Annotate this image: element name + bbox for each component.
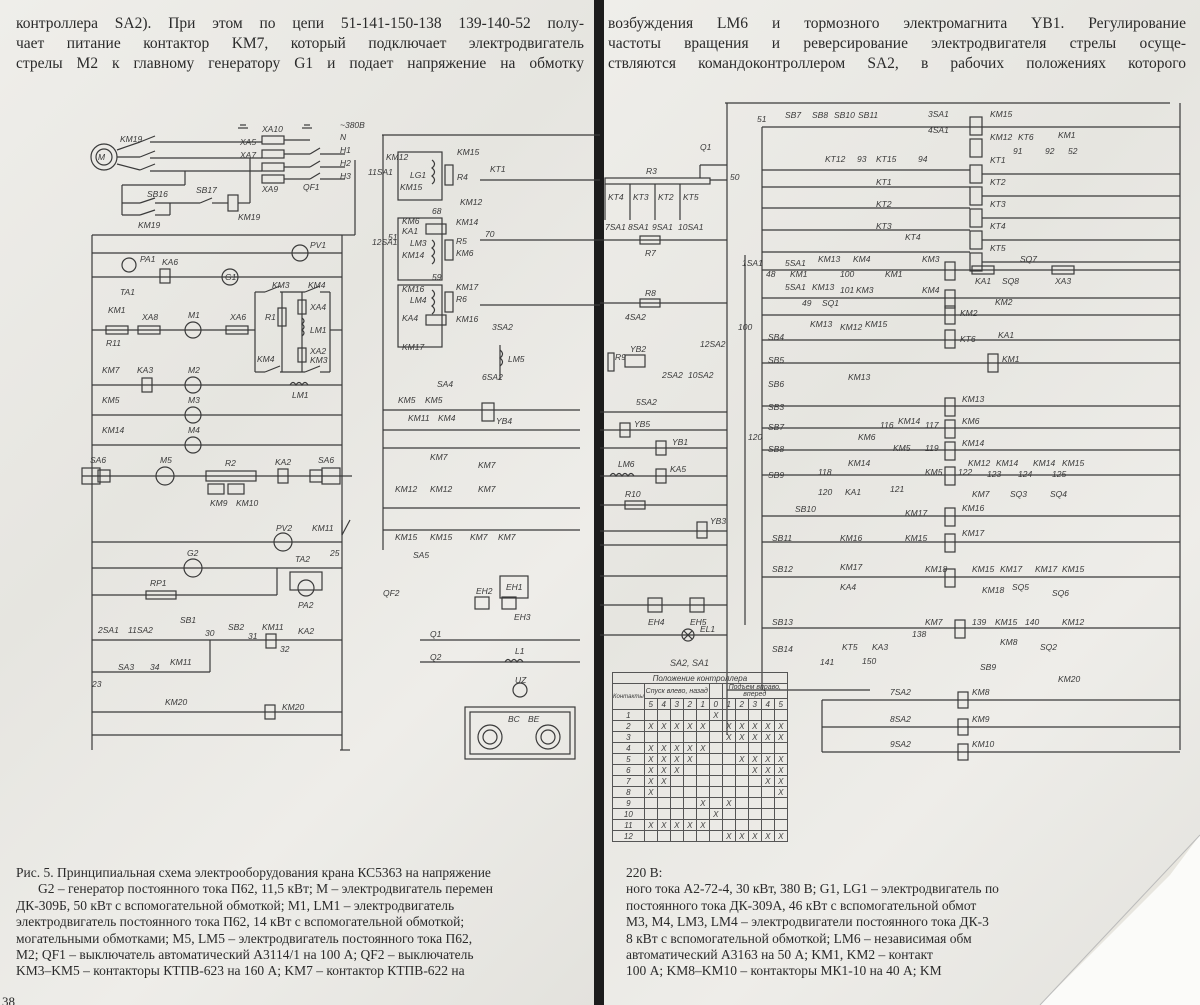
label-km1c: KM1 bbox=[790, 269, 808, 279]
label-kt5b: KT5 bbox=[842, 642, 858, 652]
label-km2b: KM2 bbox=[960, 308, 978, 318]
label-km4-r: KM4 bbox=[853, 254, 871, 264]
mark-cell bbox=[735, 743, 748, 754]
label-5sa1b: 5SA1 bbox=[785, 282, 806, 292]
label-sq3: SQ3 bbox=[1010, 489, 1027, 499]
table-row: 6XXXXXX bbox=[613, 765, 788, 776]
label-sb12: SB12 bbox=[772, 564, 793, 574]
mark-cell: X bbox=[683, 820, 696, 831]
label-kt5-coil: KT5 bbox=[990, 243, 1006, 253]
label-1sa1: 1SA1 bbox=[742, 258, 763, 268]
mark-cell bbox=[722, 820, 735, 831]
caption-line: Рис. 5. Принципиальная схема электрообор… bbox=[16, 865, 586, 881]
label-sb7b: SB7 bbox=[768, 422, 784, 432]
label-kt3-contact: KT3 bbox=[876, 221, 892, 231]
label-km13c: KM13 bbox=[810, 319, 832, 329]
label-7sa1: 7SA1 bbox=[605, 222, 626, 232]
label-92: 92 bbox=[1045, 146, 1055, 156]
label-ka3-r: KA3 bbox=[872, 642, 888, 652]
mark-cell: X bbox=[683, 743, 696, 754]
label-10sa1: 10SA1 bbox=[678, 222, 704, 232]
contact-number: 4 bbox=[613, 743, 645, 754]
mark-cell: X bbox=[735, 831, 748, 842]
label-sq4: SQ4 bbox=[1050, 489, 1067, 499]
label-kt2: KT2 bbox=[658, 192, 674, 202]
label-ka1c: KA1 bbox=[845, 487, 861, 497]
mark-cell bbox=[761, 809, 774, 820]
mark-cell: X bbox=[670, 820, 683, 831]
mark-cell bbox=[761, 710, 774, 721]
label-8sa1: 8SA1 bbox=[628, 222, 649, 232]
label-ka1-r: KA1 bbox=[975, 276, 991, 286]
mark-cell bbox=[670, 710, 683, 721]
label-km9-r: KM9 bbox=[972, 714, 990, 724]
label-sb6: SB6 bbox=[768, 379, 784, 389]
mark-cell: X bbox=[696, 743, 709, 754]
position-cell: 1 bbox=[722, 699, 735, 710]
label-93: 93 bbox=[857, 154, 867, 164]
mark-cell bbox=[709, 721, 722, 732]
mark-cell: X bbox=[748, 721, 761, 732]
mark-cell bbox=[670, 809, 683, 820]
label-150: 150 bbox=[862, 656, 876, 666]
label-120: 120 bbox=[748, 432, 762, 442]
mark-cell: X bbox=[670, 743, 683, 754]
position-cell: 3 bbox=[670, 699, 683, 710]
label-10sa2: 10SA2 bbox=[688, 370, 714, 380]
label-kt1-contact: KT1 bbox=[876, 177, 892, 187]
mark-cell bbox=[761, 787, 774, 798]
right-schematic-diagram: Q1 R3 50 KT4 KT3 KT2 KT5 7SA1 8SA1 9SA1 … bbox=[0, 0, 1200, 860]
label-km17d: KM17 bbox=[1000, 564, 1022, 574]
label-122: 122 bbox=[958, 467, 972, 477]
label-km6-r: KM6 bbox=[962, 416, 980, 426]
label-r8: R8 bbox=[645, 288, 656, 298]
mark-cell: X bbox=[644, 787, 657, 798]
mark-cell bbox=[735, 710, 748, 721]
label-kt4-coil: KT4 bbox=[990, 221, 1006, 231]
label-km4b: KM4 bbox=[922, 285, 940, 295]
mark-cell: X bbox=[774, 776, 787, 787]
mark-cell: X bbox=[657, 776, 670, 787]
table-row: 4XXXXX bbox=[613, 743, 788, 754]
label-kt2-coil: KT2 bbox=[990, 177, 1006, 187]
mark-cell: X bbox=[657, 820, 670, 831]
caption-line: G2 – генератор постоянного тока П62, 11,… bbox=[16, 881, 586, 897]
mark-cell bbox=[696, 765, 709, 776]
position-cell: 2 bbox=[683, 699, 696, 710]
mark-cell: X bbox=[774, 765, 787, 776]
label-121: 121 bbox=[890, 484, 904, 494]
label-139: 139 bbox=[972, 617, 986, 627]
label-5sa2: 5SA2 bbox=[636, 397, 657, 407]
caption-line: KM3–KM5 – контакторы КТПВ-623 на 160 А; … bbox=[16, 963, 586, 979]
label-141: 141 bbox=[820, 657, 834, 667]
mark-cell bbox=[696, 732, 709, 743]
mark-cell: X bbox=[670, 765, 683, 776]
label-km16-r: KM16 bbox=[962, 503, 984, 513]
label-sb5: SB5 bbox=[768, 355, 784, 365]
caption-line: ДК-309Б, 50 кВт с вспомогательной обмотк… bbox=[16, 898, 586, 914]
label-km7-r: KM7 bbox=[972, 489, 990, 499]
table-row: 12XXXXX bbox=[613, 831, 788, 842]
mark-cell bbox=[644, 710, 657, 721]
mark-cell: X bbox=[761, 765, 774, 776]
label-4sa2: 4SA2 bbox=[625, 312, 646, 322]
mark-cell bbox=[683, 732, 696, 743]
label-117: 117 bbox=[925, 420, 939, 430]
label-kt4: KT4 bbox=[608, 192, 624, 202]
position-cell: 4 bbox=[761, 699, 774, 710]
mark-cell: X bbox=[683, 721, 696, 732]
label-kt6: KT6 bbox=[1018, 132, 1034, 142]
mark-cell: X bbox=[683, 754, 696, 765]
label-ka5: KA5 bbox=[670, 464, 686, 474]
mark-cell bbox=[670, 732, 683, 743]
label-sb8b: SB8 bbox=[768, 444, 784, 454]
mark-cell: X bbox=[774, 721, 787, 732]
contact-number: 9 bbox=[613, 798, 645, 809]
label-yb5: YB5 bbox=[634, 419, 650, 429]
mark-cell bbox=[748, 798, 761, 809]
table-row: 8XX bbox=[613, 787, 788, 798]
controller-table-title: SA2, SA1 bbox=[670, 658, 709, 668]
label-kt5: KT5 bbox=[683, 192, 699, 202]
mark-cell bbox=[709, 831, 722, 842]
mark-cell: X bbox=[748, 754, 761, 765]
mark-cell bbox=[735, 798, 748, 809]
mark-cell bbox=[657, 831, 670, 842]
label-yb1: YB1 bbox=[672, 437, 688, 447]
label-r9: R9 bbox=[615, 352, 626, 362]
label-118: 118 bbox=[818, 467, 832, 477]
label-lm6: LM6 bbox=[618, 459, 635, 469]
label-sb13: SB13 bbox=[772, 617, 793, 627]
label-km17c: KM17 bbox=[840, 562, 862, 572]
label-kt15: KT15 bbox=[876, 154, 897, 164]
contact-number: 11 bbox=[613, 820, 645, 831]
label-kt6b: KT6 bbox=[960, 334, 976, 344]
mark-cell bbox=[761, 820, 774, 831]
label-km15c: KM15 bbox=[1062, 458, 1084, 468]
figure-caption-left: Рис. 5. Принципиальная схема электрообор… bbox=[16, 865, 586, 980]
label-km15d: KM15 bbox=[905, 533, 927, 543]
label-sq6: SQ6 bbox=[1052, 588, 1069, 598]
label-kt1-coil: KT1 bbox=[990, 155, 1006, 165]
mark-cell bbox=[748, 776, 761, 787]
table-row: 5XXXXXXXX bbox=[613, 754, 788, 765]
mark-cell: X bbox=[748, 732, 761, 743]
label-km1-r: KM1 bbox=[1058, 130, 1076, 140]
mark-cell bbox=[657, 732, 670, 743]
label-km20-r: KM20 bbox=[1058, 674, 1080, 684]
mark-cell: X bbox=[670, 721, 683, 732]
mark-cell bbox=[696, 809, 709, 820]
contact-number: 6 bbox=[613, 765, 645, 776]
mark-cell bbox=[722, 743, 735, 754]
mark-cell bbox=[709, 820, 722, 831]
label-km3-r: KM3 bbox=[922, 254, 940, 264]
label-kt2-contact: KT2 bbox=[876, 199, 892, 209]
caption-line: M2; QF1 – выключатель автоматический А31… bbox=[16, 947, 586, 963]
label-sb8: SB8 bbox=[812, 110, 828, 120]
mark-cell: X bbox=[709, 710, 722, 721]
mark-cell bbox=[735, 787, 748, 798]
mark-cell bbox=[774, 820, 787, 831]
mark-cell bbox=[735, 820, 748, 831]
label-120b: 120 bbox=[818, 487, 832, 497]
mark-cell: X bbox=[761, 776, 774, 787]
contact-number: 3 bbox=[613, 732, 645, 743]
mark-cell bbox=[657, 710, 670, 721]
mark-cell bbox=[774, 743, 787, 754]
mark-cell bbox=[709, 765, 722, 776]
label-sb10b: SB10 bbox=[795, 504, 816, 514]
mark-cell: X bbox=[761, 721, 774, 732]
label-km13e: KM13 bbox=[962, 394, 984, 404]
label-km10-r: KM10 bbox=[972, 739, 994, 749]
mark-cell bbox=[683, 831, 696, 842]
mark-cell bbox=[709, 743, 722, 754]
contact-column-header: Контакты bbox=[613, 684, 645, 710]
mark-cell bbox=[644, 732, 657, 743]
mark-cell: X bbox=[761, 831, 774, 842]
mark-cell: X bbox=[657, 754, 670, 765]
mark-cell bbox=[696, 776, 709, 787]
label-116: 116 bbox=[880, 420, 894, 430]
label-xa3: XA3 bbox=[1054, 276, 1071, 286]
mark-cell: X bbox=[696, 798, 709, 809]
label-100b: 100 bbox=[738, 322, 752, 332]
label-eh4: EH4 bbox=[648, 617, 665, 627]
label-138: 138 bbox=[912, 629, 926, 639]
mark-cell bbox=[657, 787, 670, 798]
mark-cell bbox=[722, 787, 735, 798]
label-km13: KM13 bbox=[818, 254, 840, 264]
page-number: 38 bbox=[2, 994, 15, 1005]
position-cell: 2 bbox=[735, 699, 748, 710]
label-km14e: KM14 bbox=[1033, 458, 1055, 468]
mark-cell bbox=[683, 809, 696, 820]
label-124: 124 bbox=[1018, 469, 1032, 479]
label-km16b: KM16 bbox=[840, 533, 862, 543]
label-sq5: SQ5 bbox=[1012, 582, 1029, 592]
mark-cell: X bbox=[774, 754, 787, 765]
label-km2: KM2 bbox=[995, 297, 1013, 307]
mark-cell: X bbox=[644, 765, 657, 776]
mark-cell: X bbox=[774, 732, 787, 743]
label-51-r: 51 bbox=[757, 114, 767, 124]
mark-cell: X bbox=[644, 820, 657, 831]
label-5sa1: 5SA1 bbox=[785, 258, 806, 268]
label-sb4: SB4 bbox=[768, 332, 784, 342]
label-yb3: YB3 bbox=[710, 516, 726, 526]
label-km8-r: KM8 bbox=[1000, 637, 1018, 647]
mark-cell bbox=[644, 831, 657, 842]
mark-cell bbox=[696, 787, 709, 798]
label-8sa2: 8SA2 bbox=[890, 714, 911, 724]
label-140: 140 bbox=[1025, 617, 1039, 627]
mark-cell bbox=[722, 765, 735, 776]
mark-cell bbox=[748, 787, 761, 798]
label-2sa2: 2SA2 bbox=[661, 370, 683, 380]
label-sb3: SB3 bbox=[768, 402, 784, 412]
down-group-header: Спуск влево, назад bbox=[644, 684, 709, 699]
contact-number: 10 bbox=[613, 809, 645, 820]
label-sq8: SQ8 bbox=[1002, 276, 1019, 286]
position-cell: 3 bbox=[748, 699, 761, 710]
mark-cell: X bbox=[657, 721, 670, 732]
label-km12b: KM12 bbox=[840, 322, 862, 332]
mark-cell: X bbox=[670, 754, 683, 765]
mark-cell bbox=[774, 710, 787, 721]
label-sb11: SB11 bbox=[858, 110, 878, 120]
position-cell: 5 bbox=[774, 699, 787, 710]
mark-cell bbox=[709, 787, 722, 798]
mark-cell: X bbox=[735, 732, 748, 743]
mark-cell bbox=[748, 820, 761, 831]
mark-cell bbox=[670, 776, 683, 787]
contact-number: 1 bbox=[613, 710, 645, 721]
position-cell: 0 bbox=[709, 699, 722, 710]
table-row: 9XX bbox=[613, 798, 788, 809]
position-cell: 4 bbox=[657, 699, 670, 710]
position-cell: 5 bbox=[644, 699, 657, 710]
label-km15f: KM15 bbox=[1062, 564, 1084, 574]
label-sb7: SB7 bbox=[785, 110, 801, 120]
label-50: 50 bbox=[730, 172, 740, 182]
label-123: 123 bbox=[987, 469, 1001, 479]
caption-line: могательными обмотками; M5, LM5 – электр… bbox=[16, 931, 586, 947]
label-km12c: KM12 bbox=[968, 458, 990, 468]
contact-number: 2 bbox=[613, 721, 645, 732]
label-km15b: KM15 bbox=[865, 319, 887, 329]
contact-number: 7 bbox=[613, 776, 645, 787]
label-km5-r: KM5 bbox=[893, 443, 911, 453]
table-row: 2XXXXXXXXXX bbox=[613, 721, 788, 732]
mark-cell bbox=[761, 743, 774, 754]
mark-cell: X bbox=[722, 798, 735, 809]
label-119: 119 bbox=[925, 443, 939, 453]
mark-cell: X bbox=[735, 754, 748, 765]
label-sb14: SB14 bbox=[772, 644, 793, 654]
mark-cell: X bbox=[761, 754, 774, 765]
label-km18b: KM18 bbox=[982, 585, 1004, 595]
mark-cell bbox=[709, 776, 722, 787]
mark-cell bbox=[748, 710, 761, 721]
mark-cell: X bbox=[644, 743, 657, 754]
mark-cell bbox=[761, 798, 774, 809]
position-cell: 1 bbox=[696, 699, 709, 710]
mark-cell bbox=[670, 831, 683, 842]
mark-cell: X bbox=[657, 743, 670, 754]
table-header: Положение контроллера bbox=[613, 673, 788, 684]
label-km14b: KM14 bbox=[962, 438, 984, 448]
mark-cell bbox=[696, 754, 709, 765]
mark-cell bbox=[670, 798, 683, 809]
mark-cell: X bbox=[761, 732, 774, 743]
caption-line: электродвигатель постоянного тока П62, 1… bbox=[16, 914, 586, 930]
label-km12-r: KM12 bbox=[990, 132, 1012, 142]
label-km1b: KM1 bbox=[885, 269, 903, 279]
label-km15g: KM15 bbox=[995, 617, 1017, 627]
mark-cell bbox=[696, 831, 709, 842]
label-km15e: KM15 bbox=[972, 564, 994, 574]
mark-cell bbox=[683, 710, 696, 721]
mark-cell bbox=[735, 765, 748, 776]
mark-cell: X bbox=[696, 820, 709, 831]
mark-cell bbox=[722, 809, 735, 820]
mark-cell bbox=[683, 765, 696, 776]
mark-cell: X bbox=[644, 754, 657, 765]
label-125: 125 bbox=[1052, 469, 1066, 479]
mark-cell bbox=[644, 809, 657, 820]
label-km14c: KM14 bbox=[848, 458, 870, 468]
label-9sa2: 9SA2 bbox=[890, 739, 911, 749]
label-km14-r: KM14 bbox=[898, 416, 920, 426]
mark-cell bbox=[722, 776, 735, 787]
label-km8b: KM8 bbox=[972, 687, 990, 697]
mark-cell bbox=[644, 798, 657, 809]
label-km17b: KM17 bbox=[962, 528, 984, 538]
mark-cell bbox=[683, 787, 696, 798]
label-km15-r: KM15 bbox=[990, 109, 1012, 119]
label-52: 52 bbox=[1068, 146, 1078, 156]
label-km1d: KM1 bbox=[1002, 354, 1020, 364]
contact-number: 5 bbox=[613, 754, 645, 765]
table-row: 1X bbox=[613, 710, 788, 721]
label-km17e: KM17 bbox=[1035, 564, 1057, 574]
label-r3: R3 bbox=[646, 166, 657, 176]
label-km5b: KM5 bbox=[925, 467, 943, 477]
label-49: 49 bbox=[802, 298, 812, 308]
mark-cell: X bbox=[722, 721, 735, 732]
label-7sa2: 7SA2 bbox=[890, 687, 911, 697]
mark-cell bbox=[657, 798, 670, 809]
label-sb9b: SB9 bbox=[980, 662, 996, 672]
label-94: 94 bbox=[918, 154, 928, 164]
mark-cell bbox=[735, 809, 748, 820]
mark-cell bbox=[722, 754, 735, 765]
label-km17-r: KM17 bbox=[905, 508, 927, 518]
label-sb9: SB9 bbox=[768, 470, 784, 480]
contact-number: 8 bbox=[613, 787, 645, 798]
mark-cell bbox=[748, 809, 761, 820]
table-row: 7XXXX bbox=[613, 776, 788, 787]
mark-cell bbox=[683, 776, 696, 787]
contact-number: 12 bbox=[613, 831, 645, 842]
mark-cell: X bbox=[748, 831, 761, 842]
table-row: 10X bbox=[613, 809, 788, 820]
label-91: 91 bbox=[1013, 146, 1023, 156]
label-km3b: KM3 bbox=[856, 285, 874, 295]
label-sq2: SQ2 bbox=[1040, 642, 1057, 652]
mark-cell bbox=[709, 754, 722, 765]
label-sb10: SB10 bbox=[834, 110, 855, 120]
mark-cell bbox=[670, 787, 683, 798]
mark-cell: X bbox=[774, 787, 787, 798]
table-row: 11XXXXX bbox=[613, 820, 788, 831]
mark-cell: X bbox=[774, 831, 787, 842]
label-ka1b: KA1 bbox=[998, 330, 1014, 340]
page-curl-corner bbox=[1000, 815, 1200, 1005]
mark-cell: X bbox=[644, 776, 657, 787]
mark-cell bbox=[774, 798, 787, 809]
label-km13b: KM13 bbox=[812, 282, 834, 292]
label-sq1: SQ1 bbox=[822, 298, 839, 308]
mark-cell bbox=[709, 732, 722, 743]
mark-cell bbox=[696, 710, 709, 721]
